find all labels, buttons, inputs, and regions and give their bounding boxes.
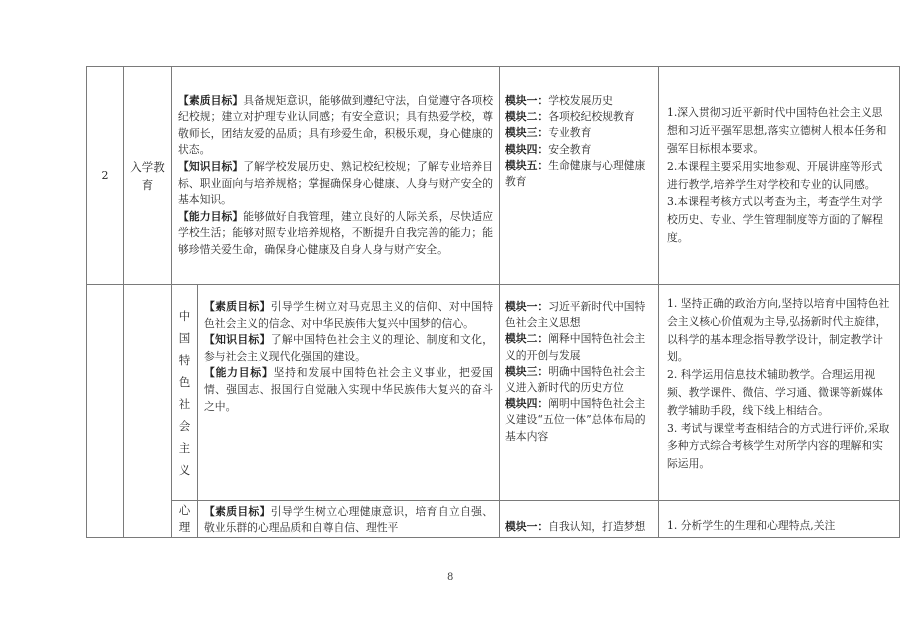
goal-quality: 【素质目标】引导学生树立对马克思主义的信仰、对中国特色社会主义的信念、对中华民族… <box>204 299 493 332</box>
course-goals: 【素质目标】具备规矩意识，能够做到遵纪守法，自觉遵守各项校纪校规；建立对护理专业… <box>172 67 500 285</box>
sub-course-name: 心理 <box>172 501 198 538</box>
course-goals: 【素质目标】引导学生树立心理健康意识，培育自立自强、敬业乐群的心理品质和自尊自信… <box>198 501 500 538</box>
course-modules: 模块一：自我认知，打造梦想 <box>500 501 659 538</box>
module-item: 模块四：安全教育 <box>505 142 653 158</box>
teaching-requirements: 1.深入贯彻习近平新时代中国特色社会主义思想和习近平强军思想,落实立德树人根本任… <box>659 67 900 285</box>
page-number: 8 <box>447 572 453 583</box>
goal-knowledge: 【知识目标】了解中国特色社会主义的理论、制度和文化，参与社会主义现代化强国的建设… <box>204 332 493 365</box>
goal-ability: 【能力目标】能够做好自我管理，建立良好的人际关系，尽快适应学校生活；能够对照专业… <box>178 209 493 259</box>
module-item: 模块五：生命健康与心理健康教育 <box>505 158 653 190</box>
module-item: 模块三：专业教育 <box>505 125 653 141</box>
teaching-requirements: 1. 分析学生的生理和心理特点,关注 <box>659 501 900 538</box>
module-item: 模块一：学校发展历史 <box>505 93 653 109</box>
goal-quality: 【素质目标】具备规矩意识，能够做到遵纪守法，自觉遵守各项校纪校规；建立对护理专业… <box>178 93 493 159</box>
course-name: 入学教 育 <box>124 67 172 285</box>
module-item: 模块四：阐明中国特色社会主义建设“五位一体”总体布局的基本内容 <box>505 396 653 445</box>
row-number <box>87 285 124 538</box>
teaching-requirements: 1. 坚持正确的政治方向,坚持以培育中国特色社会主义核心价值观为主导,弘扬新时代… <box>659 285 900 501</box>
module-item: 模块一：自我认知，打造梦想 <box>505 519 653 535</box>
table-row: 中国特色社会主义 【素质目标】引导学生树立对马克思主义的信仰、对中国特色社会主义… <box>87 285 900 501</box>
course-modules: 模块一：习近平新时代中国特色社会主义思想 模块二：阐释中国特色社会主义的开创与发… <box>500 285 659 501</box>
goal-ability: 【能力目标】坚持和发展中国特色社会主义事业，把爱国情、强国志、报国行自觉融入实现… <box>204 365 493 415</box>
goal-knowledge: 【知识目标】了解学校发展历史、熟记校纪校规；了解专业培养目标、职业面向与培养规格… <box>178 159 493 209</box>
row-number: 2 <box>87 67 124 285</box>
course-modules: 模块一：学校发展历史 模块二：各项校纪校规教育 模块三：专业教育 模块四：安全教… <box>500 67 659 285</box>
course-goals: 【素质目标】引导学生树立对马克思主义的信仰、对中国特色社会主义的信念、对中华民族… <box>198 285 500 501</box>
table-row: 心理 【素质目标】引导学生树立心理健康意识，培育自立自强、敬业乐群的心理品质和自… <box>87 501 900 538</box>
document-page: 2 入学教 育 【素质目标】具备规矩意识，能够做到遵纪守法，自觉遵守各项校纪校规… <box>0 0 900 636</box>
course-name <box>124 285 172 538</box>
module-item: 模块二：阐释中国特色社会主义的开创与发展 <box>505 331 653 363</box>
module-item: 模块二：各项校纪校规教育 <box>505 109 653 125</box>
module-item: 模块三：明确中国特色社会主义进入新时代的历史方位 <box>505 364 653 396</box>
curriculum-table: 2 入学教 育 【素质目标】具备规矩意识，能够做到遵纪守法，自觉遵守各项校纪校规… <box>86 66 900 538</box>
module-item: 模块一：习近平新时代中国特色社会主义思想 <box>505 299 653 331</box>
table-row: 2 入学教 育 【素质目标】具备规矩意识，能够做到遵纪守法，自觉遵守各项校纪校规… <box>87 67 900 285</box>
sub-course-name: 中国特色社会主义 <box>172 285 198 501</box>
goal-quality: 【素质目标】引导学生树立心理健康意识，培育自立自强、敬业乐群的心理品质和自尊自信… <box>204 504 493 537</box>
